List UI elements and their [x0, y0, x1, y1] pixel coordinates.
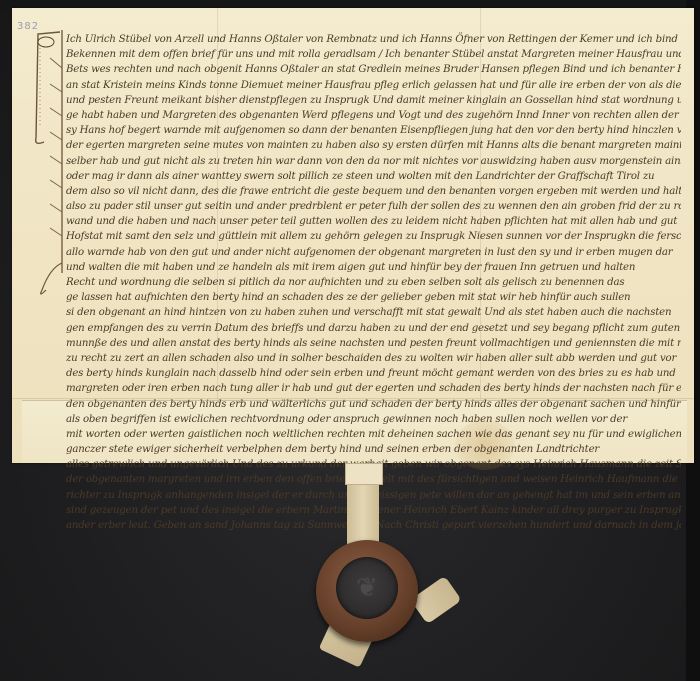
text-line: ge habt haben und Margreten des obgenant… — [66, 108, 681, 123]
text-line: also zu pader stil unser gut seitin und … — [66, 199, 681, 214]
text-line: oder mag ir dann als ainer wanttey swern… — [66, 169, 681, 184]
text-line: ganczer stete ewiger sicherheit verbelph… — [66, 442, 681, 457]
text-line: und walten die mit haben und ze handeln … — [66, 260, 681, 275]
text-line: munnße des und allen anstat des berty hi… — [66, 336, 681, 351]
text-line: Bets wes rechten und nach obgenit Hanns … — [66, 62, 681, 77]
text-line: margreten oder iren erben nach tung alle… — [66, 381, 681, 396]
text-line: Recht und wordnung die selben si pitlich… — [66, 275, 681, 290]
seal-tag-slot — [345, 463, 383, 485]
text-line: sy Hans hof begert warnde mit aufgenomen… — [66, 123, 681, 138]
text-line: und pesten Freunt meikant bisher dienstp… — [66, 93, 681, 108]
charter-text: Ich Ulrich Stübel von Arzell und Hanns O… — [66, 32, 681, 533]
text-line: Ich Ulrich Stübel von Arzell und Hanns O… — [66, 32, 681, 47]
text-line: den obgenanten des berty hinds erb und w… — [66, 397, 681, 412]
text-line: als oben begriffen ist ewiclichen rechtv… — [66, 412, 681, 427]
text-line: Bekennen mit dem offen brief für uns und… — [66, 47, 681, 62]
text-line: allo warnde hab von den gut und ander ni… — [66, 245, 681, 260]
text-line: des berty hinds kunglain nach dasselb hi… — [66, 366, 681, 381]
text-line: Hofstat mit samt den selz und güttlein m… — [66, 229, 681, 244]
text-line: mit worten oder werten gaistlichen noch … — [66, 427, 681, 442]
text-line: ge lassen hat aufnichten den berty hind … — [66, 290, 681, 305]
margin-bracket-icon — [30, 28, 68, 298]
text-line: si den obgenant an hind hintzen von zu h… — [66, 305, 681, 320]
text-line: der egerten margreten seine mutes von ma… — [66, 138, 681, 153]
text-line: zu recht zu zert an allen schaden also u… — [66, 351, 681, 366]
eagle-emblem-icon: ❦ — [350, 568, 384, 608]
text-line: wand und die haben und nach unser peter … — [66, 214, 681, 229]
text-line: an stat Kristein meins Kinds tonne Diemu… — [66, 78, 681, 93]
text-line: gen empfangen des zu verrin Datum des br… — [66, 321, 681, 336]
text-line: selber hab und gut nicht als zu treten h… — [66, 154, 681, 169]
text-line: dem also so vil nicht dann, des die fraw… — [66, 184, 681, 199]
